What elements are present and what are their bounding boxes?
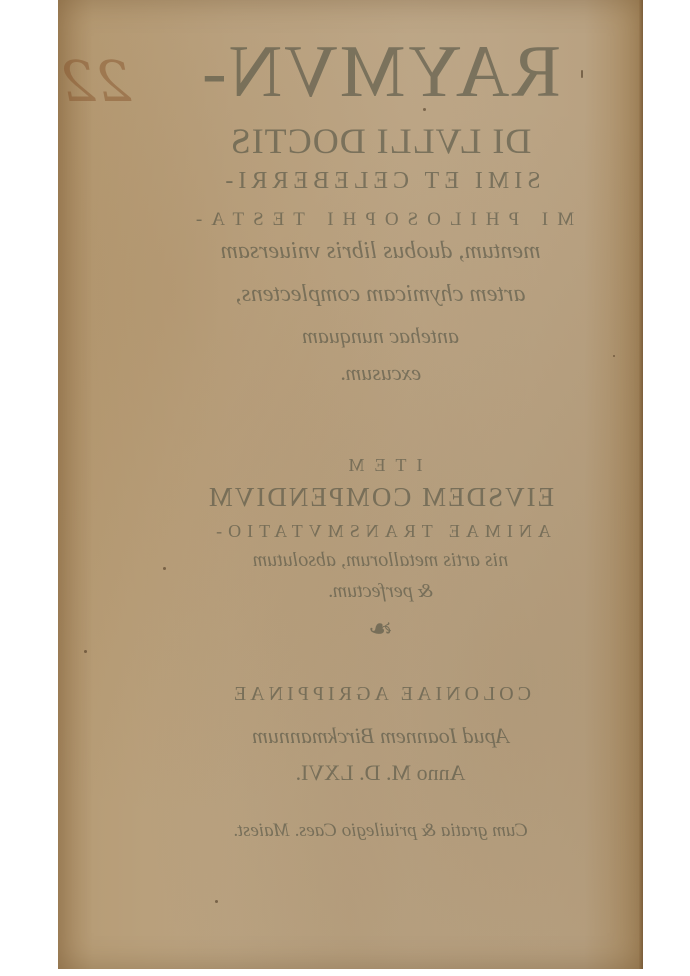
compendium-line-5: & perfectum. <box>148 580 613 603</box>
book-page: 22 RAYMVN- DI LVLLI DOCTIS SIMI ET CELEB… <box>58 0 643 969</box>
imprint-printer: Apud Ioannem Birckmannum <box>148 723 613 749</box>
title-line-7: antehac nunquam <box>148 323 613 349</box>
foxing-spot <box>163 567 166 570</box>
foxing-spot <box>84 650 87 653</box>
foxing-spot <box>215 900 218 903</box>
title-line-author: RAYMVN- <box>148 30 613 115</box>
item-heading: ITEM <box>148 455 613 476</box>
compendium-line-4: nis artis metallorum, absolutum <box>148 549 613 572</box>
imprint-place: COLONIAE AGRIPPINAE <box>148 683 613 706</box>
title-line-4: MI PHILOSOPHI TESTA- <box>148 209 613 231</box>
printer-ornament-icon: ❧ <box>148 612 613 647</box>
compendium-line-3: ANIMAE TRANSMVTATIO- <box>148 521 613 542</box>
title-line-8: excusum. <box>148 360 613 386</box>
compendium-title: EIVSDEM COMPENDIVM <box>148 482 613 513</box>
title-line-3: SIMI ET CELEBERRI- <box>148 168 613 195</box>
imprint-year: Anno M. D. LXVI. <box>148 760 613 786</box>
title-line-5: mentum, duobus libris vniuersam <box>148 238 613 265</box>
title-line-6: artem chymicam complectens, <box>148 281 613 308</box>
foxing-spot <box>613 355 615 357</box>
foxing-spot <box>581 70 583 78</box>
foxing-spot <box>423 108 426 111</box>
privilege-line: Cum gratia & priuilegio Caes. Maiest. <box>148 820 613 842</box>
handwritten-margin-note: 22 <box>60 50 131 115</box>
title-line-2: DI LVLLI DOCTIS <box>148 120 613 162</box>
